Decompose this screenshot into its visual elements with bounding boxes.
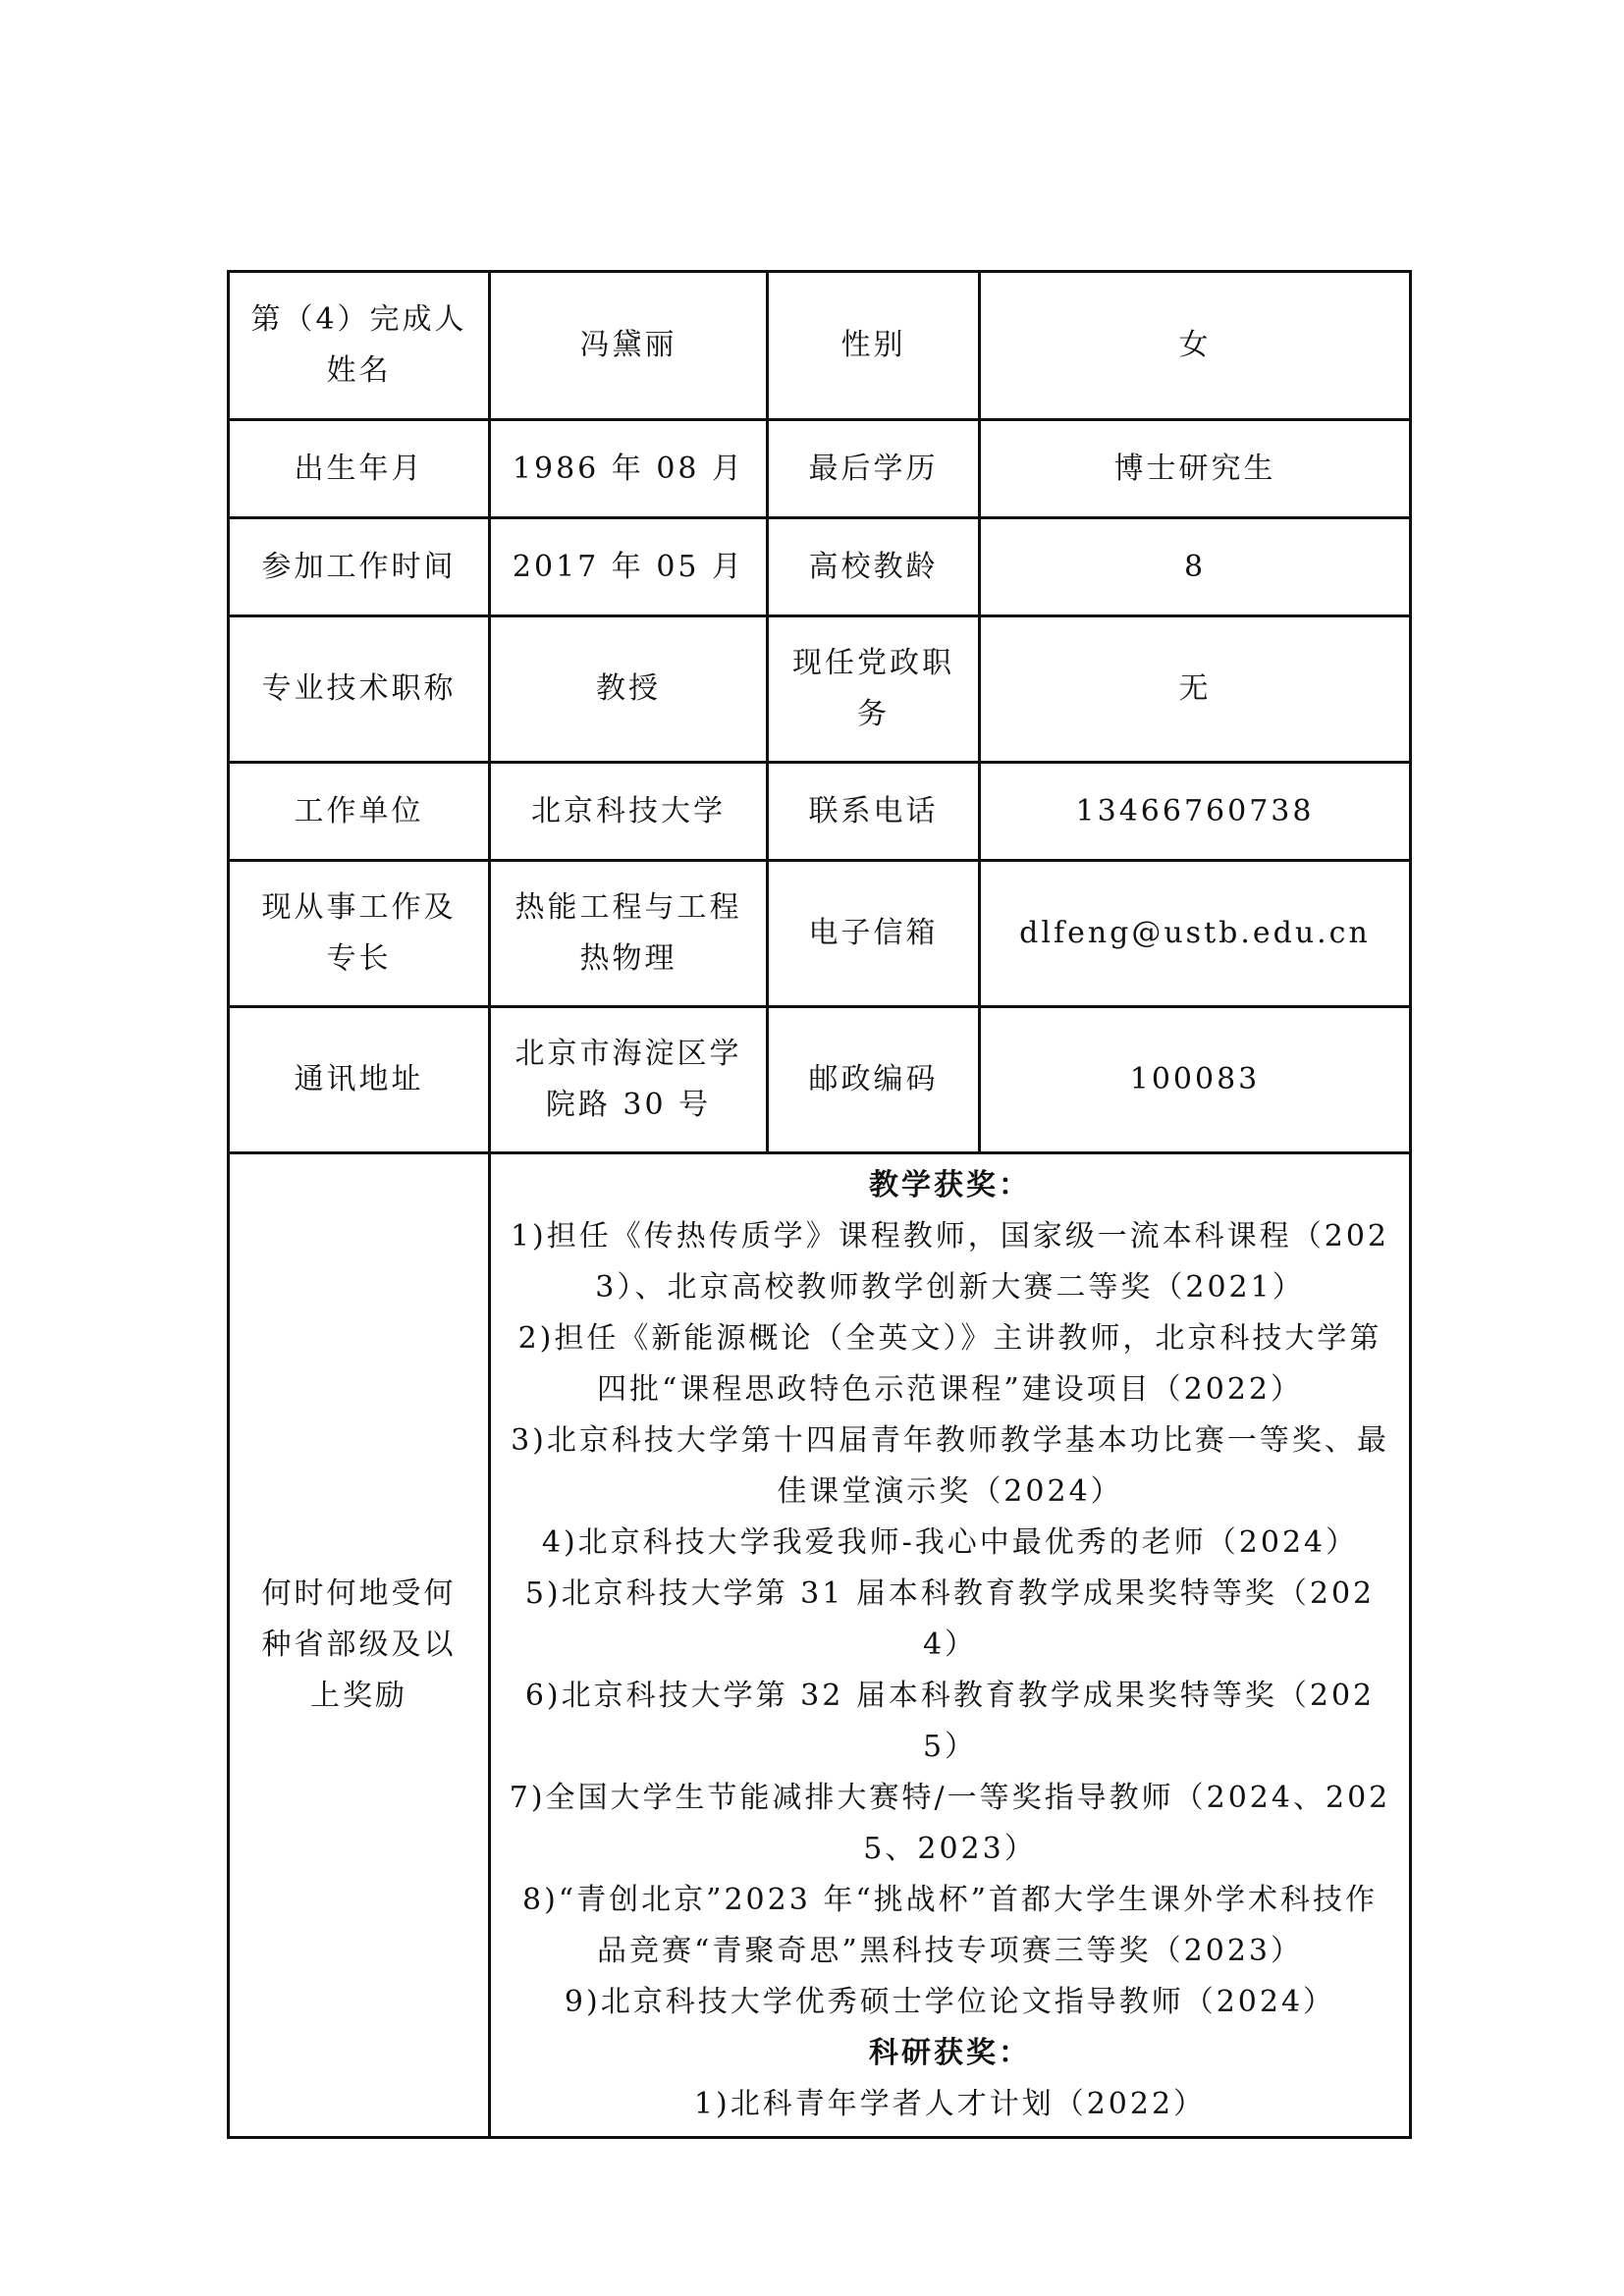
value-work-start: 2017 年 05 月 xyxy=(490,518,768,616)
table-row: 工作单位 北京科技大学 联系电话 13466760738 xyxy=(229,763,1411,861)
list-item: 1)北科青年学者人才计划（2022） xyxy=(509,2079,1391,2130)
list-item: 4)北京科技大学我爱我师-我心中最优秀的老师（2024） xyxy=(509,1518,1391,1569)
research-awards-title: 科研获奖： xyxy=(509,2028,1391,2079)
value-specialty: 热能工程与工程热物理 xyxy=(490,861,768,1007)
value-postcode: 100083 xyxy=(980,1007,1411,1153)
table-row: 专业技术职称 教授 现任党政职务 无 xyxy=(229,616,1411,763)
value-title: 教授 xyxy=(490,616,768,763)
label-work-start: 参加工作时间 xyxy=(229,518,490,616)
label-completer-name: 第（4）完成人姓名 xyxy=(229,272,490,420)
value-gender: 女 xyxy=(980,272,1411,420)
value-teaching-years: 8 xyxy=(980,518,1411,616)
label-email: 电子信箱 xyxy=(768,861,980,1007)
list-item: 2)担任《新能源概论（全英文）》主讲教师，北京科技大学第四批“课程思政特色示范课… xyxy=(509,1313,1391,1415)
label-specialty: 现从事工作及专长 xyxy=(229,861,490,1007)
value-position: 无 xyxy=(980,616,1411,763)
label-position: 现任党政职务 xyxy=(768,616,980,763)
label-teaching-years: 高校教龄 xyxy=(768,518,980,616)
list-item: 1)担任《传热传质学》课程教师，国家级一流本科课程（2023）、北京高校教师教学… xyxy=(509,1211,1391,1313)
table-row: 现从事工作及专长 热能工程与工程热物理 电子信箱 dlfeng@ustb.edu… xyxy=(229,861,1411,1007)
table-row: 第（4）完成人姓名 冯黛丽 性别 女 xyxy=(229,272,1411,420)
table-row: 参加工作时间 2017 年 05 月 高校教龄 8 xyxy=(229,518,1411,616)
list-item: 8)“青创北京”2023 年“挑战杯”首都大学生课外学术科技作品竞赛“青聚奇思”… xyxy=(509,1875,1391,1977)
value-education: 博士研究生 xyxy=(980,420,1411,518)
value-employer: 北京科技大学 xyxy=(490,763,768,861)
label-education: 最后学历 xyxy=(768,420,980,518)
list-item: 3)北京科技大学第十四届青年教师教学基本功比赛一等奖、最佳课堂演示奖（2024） xyxy=(509,1415,1391,1518)
label-awards: 何时何地受何种省部级及以上奖励 xyxy=(229,1153,490,2138)
label-employer: 工作单位 xyxy=(229,763,490,861)
value-phone: 13466760738 xyxy=(980,763,1411,861)
list-item: 7)全国大学生节能减排大赛特/一等奖指导教师（2024、2025、2023） xyxy=(509,1773,1391,1875)
value-email: dlfeng@ustb.edu.cn xyxy=(980,861,1411,1007)
table-row: 出生年月 1986 年 08 月 最后学历 博士研究生 xyxy=(229,420,1411,518)
label-postcode: 邮政编码 xyxy=(768,1007,980,1153)
label-gender: 性别 xyxy=(768,272,980,420)
table-row: 何时何地受何种省部级及以上奖励 教学获奖： 1)担任《传热传质学》课程教师，国家… xyxy=(229,1153,1411,2138)
label-phone: 联系电话 xyxy=(768,763,980,861)
teaching-awards-title: 教学获奖： xyxy=(509,1160,1391,1211)
table-row: 通讯地址 北京市海淀区学院路 30 号 邮政编码 100083 xyxy=(229,1007,1411,1153)
value-birth-date: 1986 年 08 月 xyxy=(490,420,768,518)
list-item: 6)北京科技大学第 32 届本科教育教学成果奖特等奖（2025） xyxy=(509,1671,1391,1773)
personal-info-form: 第（4）完成人姓名 冯黛丽 性别 女 出生年月 1986 年 08 月 最后学历… xyxy=(227,270,1412,2139)
value-address: 北京市海淀区学院路 30 号 xyxy=(490,1007,768,1153)
list-item: 5)北京科技大学第 31 届本科教育教学成果奖特等奖（2024） xyxy=(509,1569,1391,1671)
label-address: 通讯地址 xyxy=(229,1007,490,1153)
document-page: 第（4）完成人姓名 冯黛丽 性别 女 出生年月 1986 年 08 月 最后学历… xyxy=(0,0,1624,2296)
label-birth-date: 出生年月 xyxy=(229,420,490,518)
list-item: 9)北京科技大学优秀硕士学位论文指导教师（2024） xyxy=(509,1977,1391,2028)
awards-content: 教学获奖： 1)担任《传热传质学》课程教师，国家级一流本科课程（2023）、北京… xyxy=(490,1153,1411,2138)
value-name: 冯黛丽 xyxy=(490,272,768,420)
label-title: 专业技术职称 xyxy=(229,616,490,763)
